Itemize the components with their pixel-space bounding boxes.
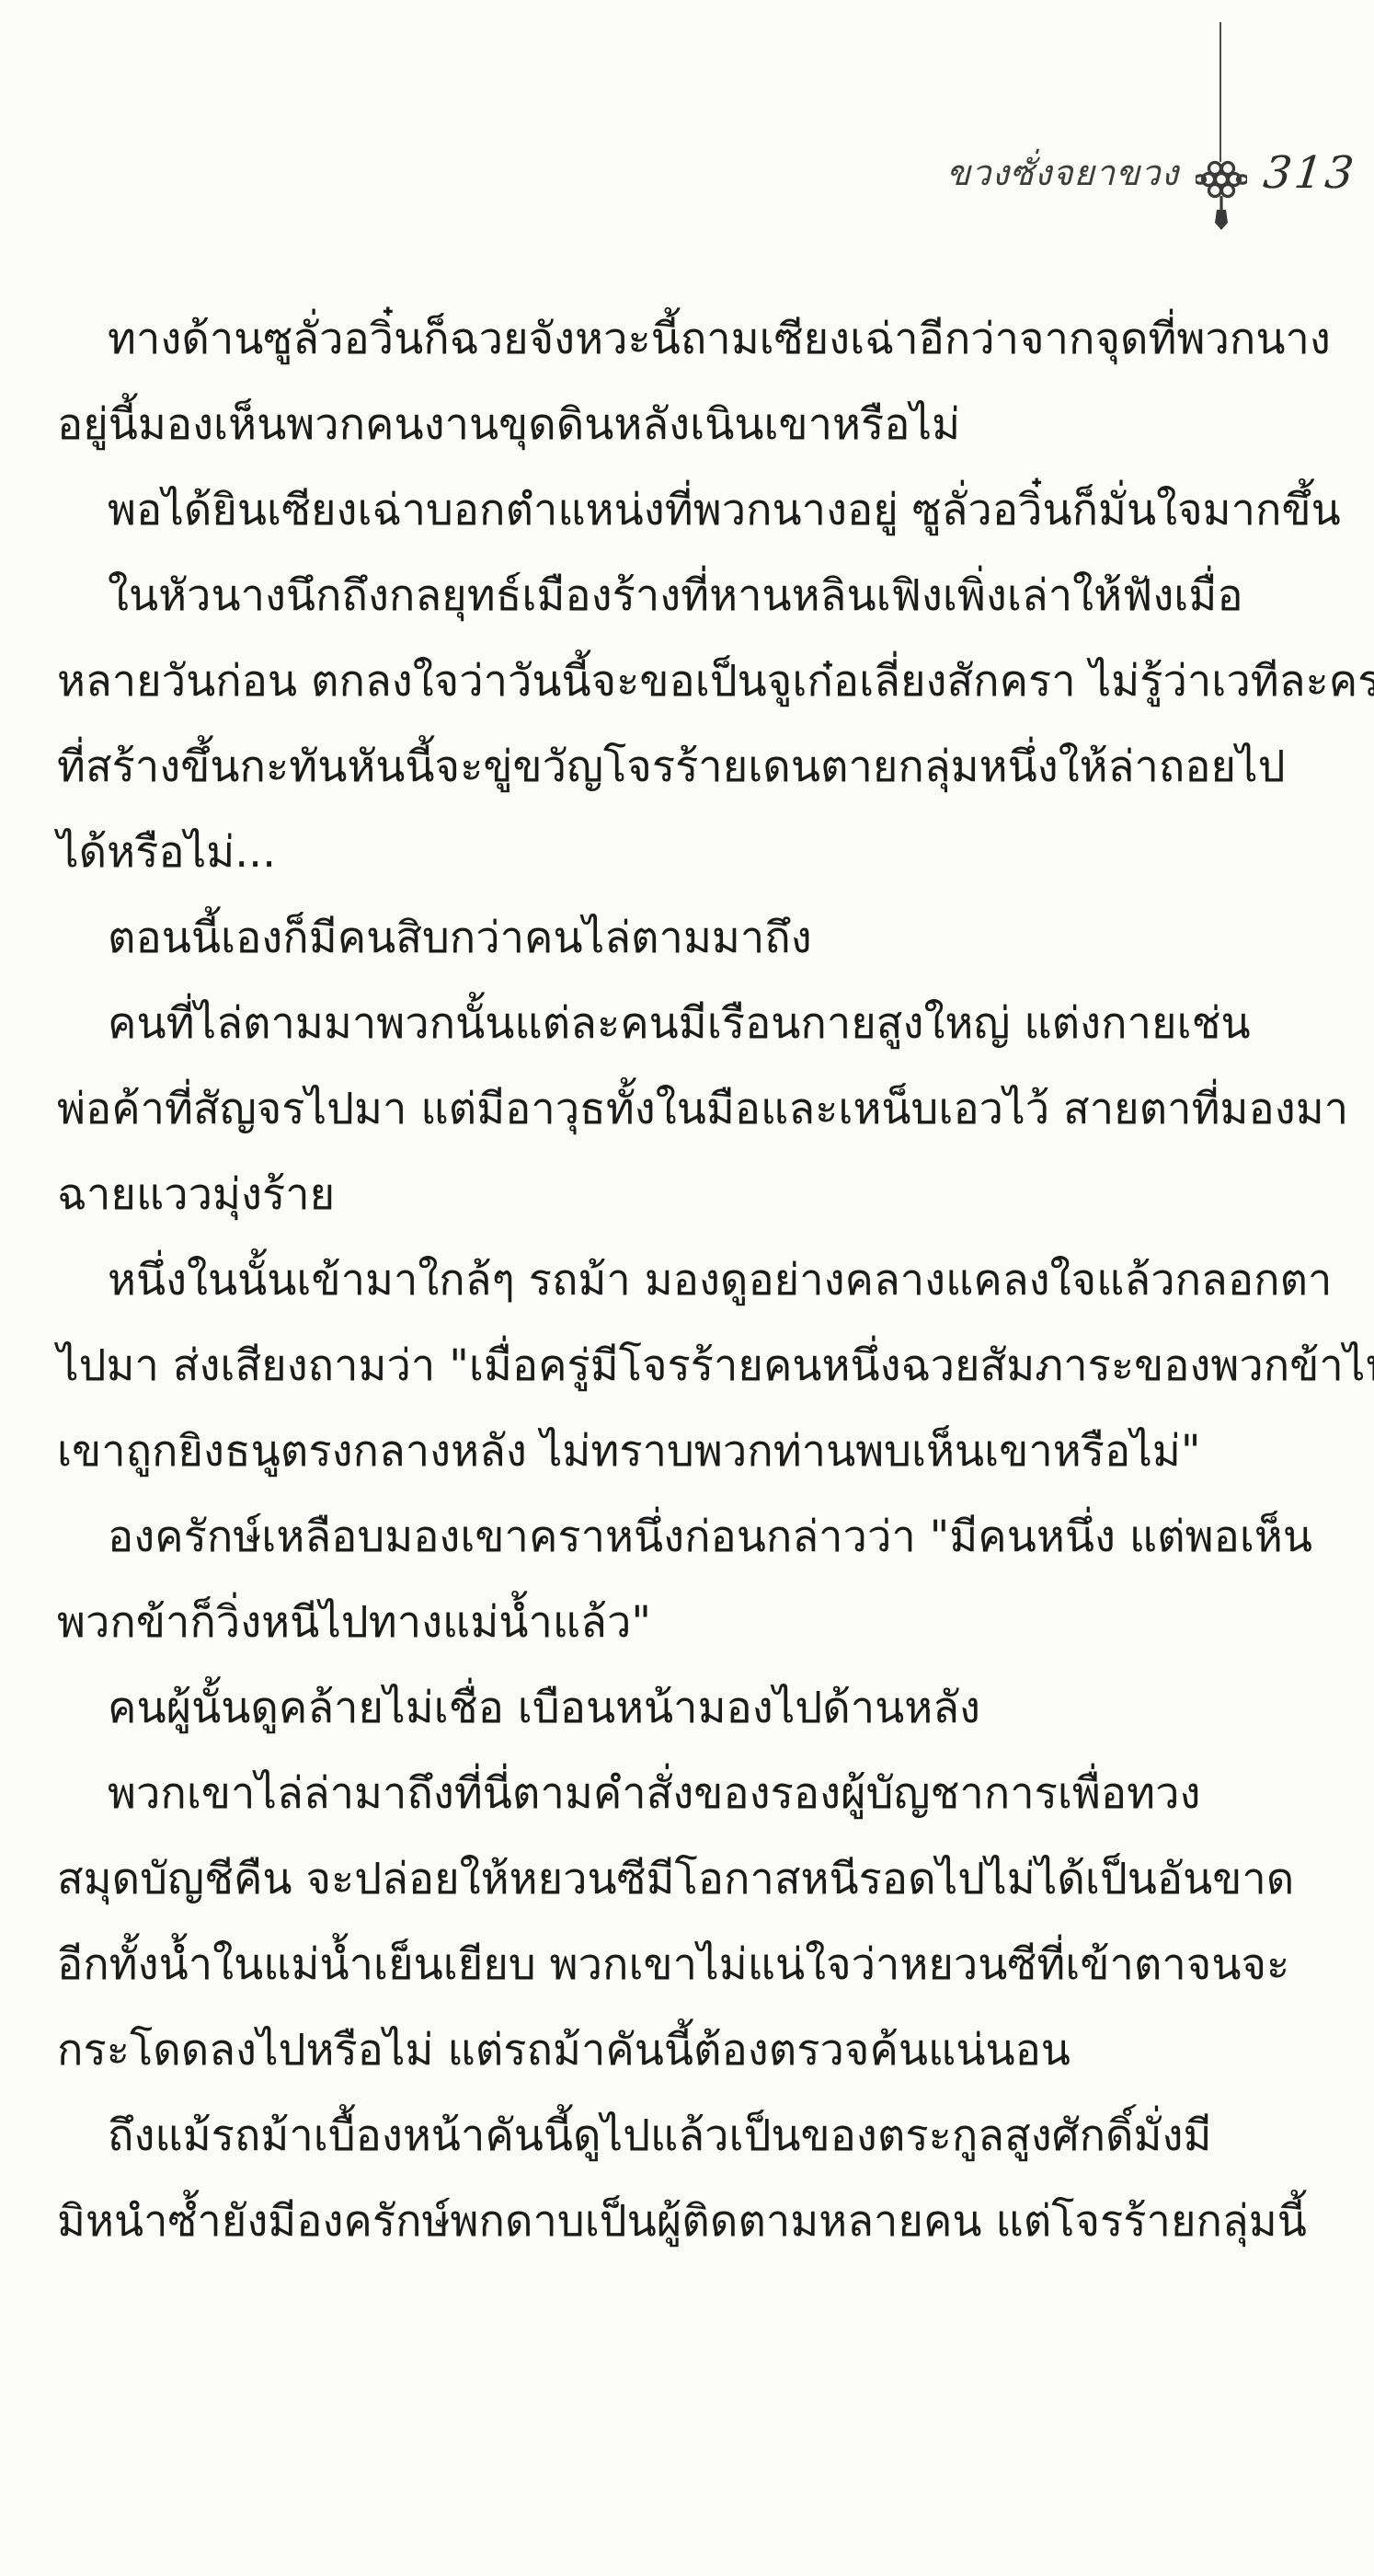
text-line: ตอนนี้เองก็มีคนสิบกว่าคนไล่ตามมาถึง — [57, 895, 1330, 981]
text-line: มิหนำซ้ำยังมีองครักษ์พกดาบเป็นผู้ติดตามห… — [57, 2179, 1330, 2264]
text-line: พวกข้าก็วิ่งหนีไปทางแม่น้ำแล้ว" — [57, 1580, 1330, 1665]
text-line: หลายวันก่อน ตกลงใจว่าวันนี้จะขอเป็นจูเก๋… — [57, 638, 1330, 724]
text-line: ที่สร้างขึ้นกะทันหันนี้จะขู่ขวัญโจรร้ายเ… — [57, 724, 1330, 810]
chinese-knot-icon — [1196, 156, 1247, 234]
book-page: ขวงซั่งจยาขวง 313 ทางด้านซูลั่วอวิ๋นก็ฉว… — [0, 0, 1374, 2576]
body-text: ทางด้านซูลั่วอวิ๋นก็ฉวยจังหวะนี้ถามเซียง… — [57, 296, 1330, 2264]
text-line: สมุดบัญชีคืน จะปล่อยให้หยวนซีมีโอกาสหนีร… — [57, 1836, 1330, 1922]
text-line: องครักษ์เหลือบมองเขาคราหนึ่งก่อนกล่าวว่า… — [57, 1494, 1330, 1580]
text-line: คนผู้นั้นดูคล้ายไม่เชื่อ เบือนหน้ามองไปด… — [57, 1665, 1330, 1751]
ornament-string — [1219, 22, 1221, 162]
text-line: พอได้ยินเซียงเฉ่าบอกตำแหน่งที่พวกนางอยู่… — [57, 467, 1330, 553]
text-line: ถึงแม้รถม้าเบื้องหน้าคันนี้ดูไปแล้วเป็นข… — [57, 2093, 1330, 2179]
text-line: กระโดดลงไปหรือไม่ แต่รถม้าคันนี้ต้องตรวจ… — [57, 2007, 1330, 2093]
text-line: ในหัวนางนึกถึงกลยุทธ์เมืองร้างที่หานหลิน… — [57, 553, 1330, 638]
text-line: หนึ่งในนั้นเข้ามาใกล้ๆ รถม้า มองดูอย่างค… — [57, 1237, 1330, 1323]
text-line: เขาถูกยิงธนูตรงกลางหลัง ไม่ทราบพวกท่านพบ… — [57, 1409, 1330, 1494]
text-line: คนที่ไล่ตามมาพวกนั้นแต่ละคนมีเรือนกายสูง… — [57, 981, 1330, 1066]
text-line: ได้หรือไม่... — [57, 810, 1330, 895]
text-line: ฉายแววมุ่งร้าย — [57, 1152, 1330, 1237]
text-line: อยู่นี้มองเห็นพวกคนงานขุดดินหลังเนินเขาห… — [57, 382, 1330, 467]
text-line: ทางด้านซูลั่วอวิ๋นก็ฉวยจังหวะนี้ถามเซียง… — [57, 296, 1330, 382]
text-line: อีกทั้งน้ำในแม่น้ำเย็นเยียบ พวกเขาไม่แน่… — [57, 1922, 1330, 2007]
running-title: ขวงซั่งจยาขวง — [946, 145, 1179, 201]
text-line: พวกเขาไล่ล่ามาถึงที่นี่ตามคำสั่งของรองผู… — [57, 1751, 1330, 1836]
page-number: 313 — [1261, 145, 1359, 201]
text-line: ไปมา ส่งเสียงถามว่า "เมื่อครู่มีโจรร้ายค… — [57, 1323, 1330, 1409]
text-line: พ่อค้าที่สัญจรไปมา แต่มีอาวุธทั้งในมือแล… — [57, 1066, 1330, 1152]
